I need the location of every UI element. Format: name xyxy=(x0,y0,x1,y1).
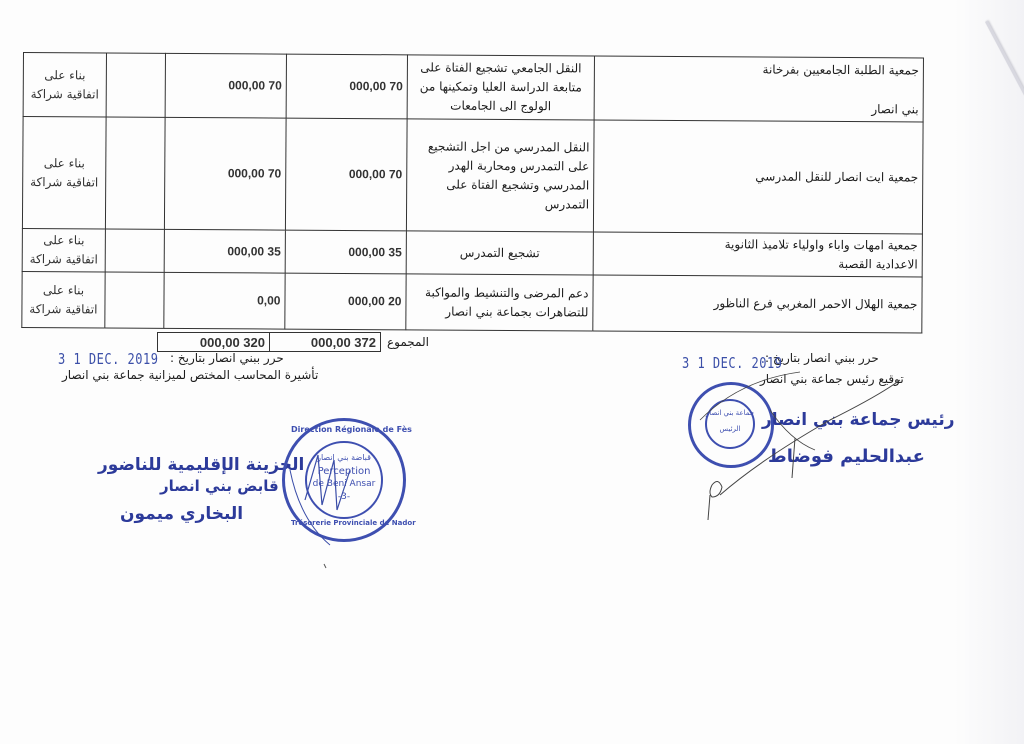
handwritten-signatures xyxy=(0,0,1024,744)
